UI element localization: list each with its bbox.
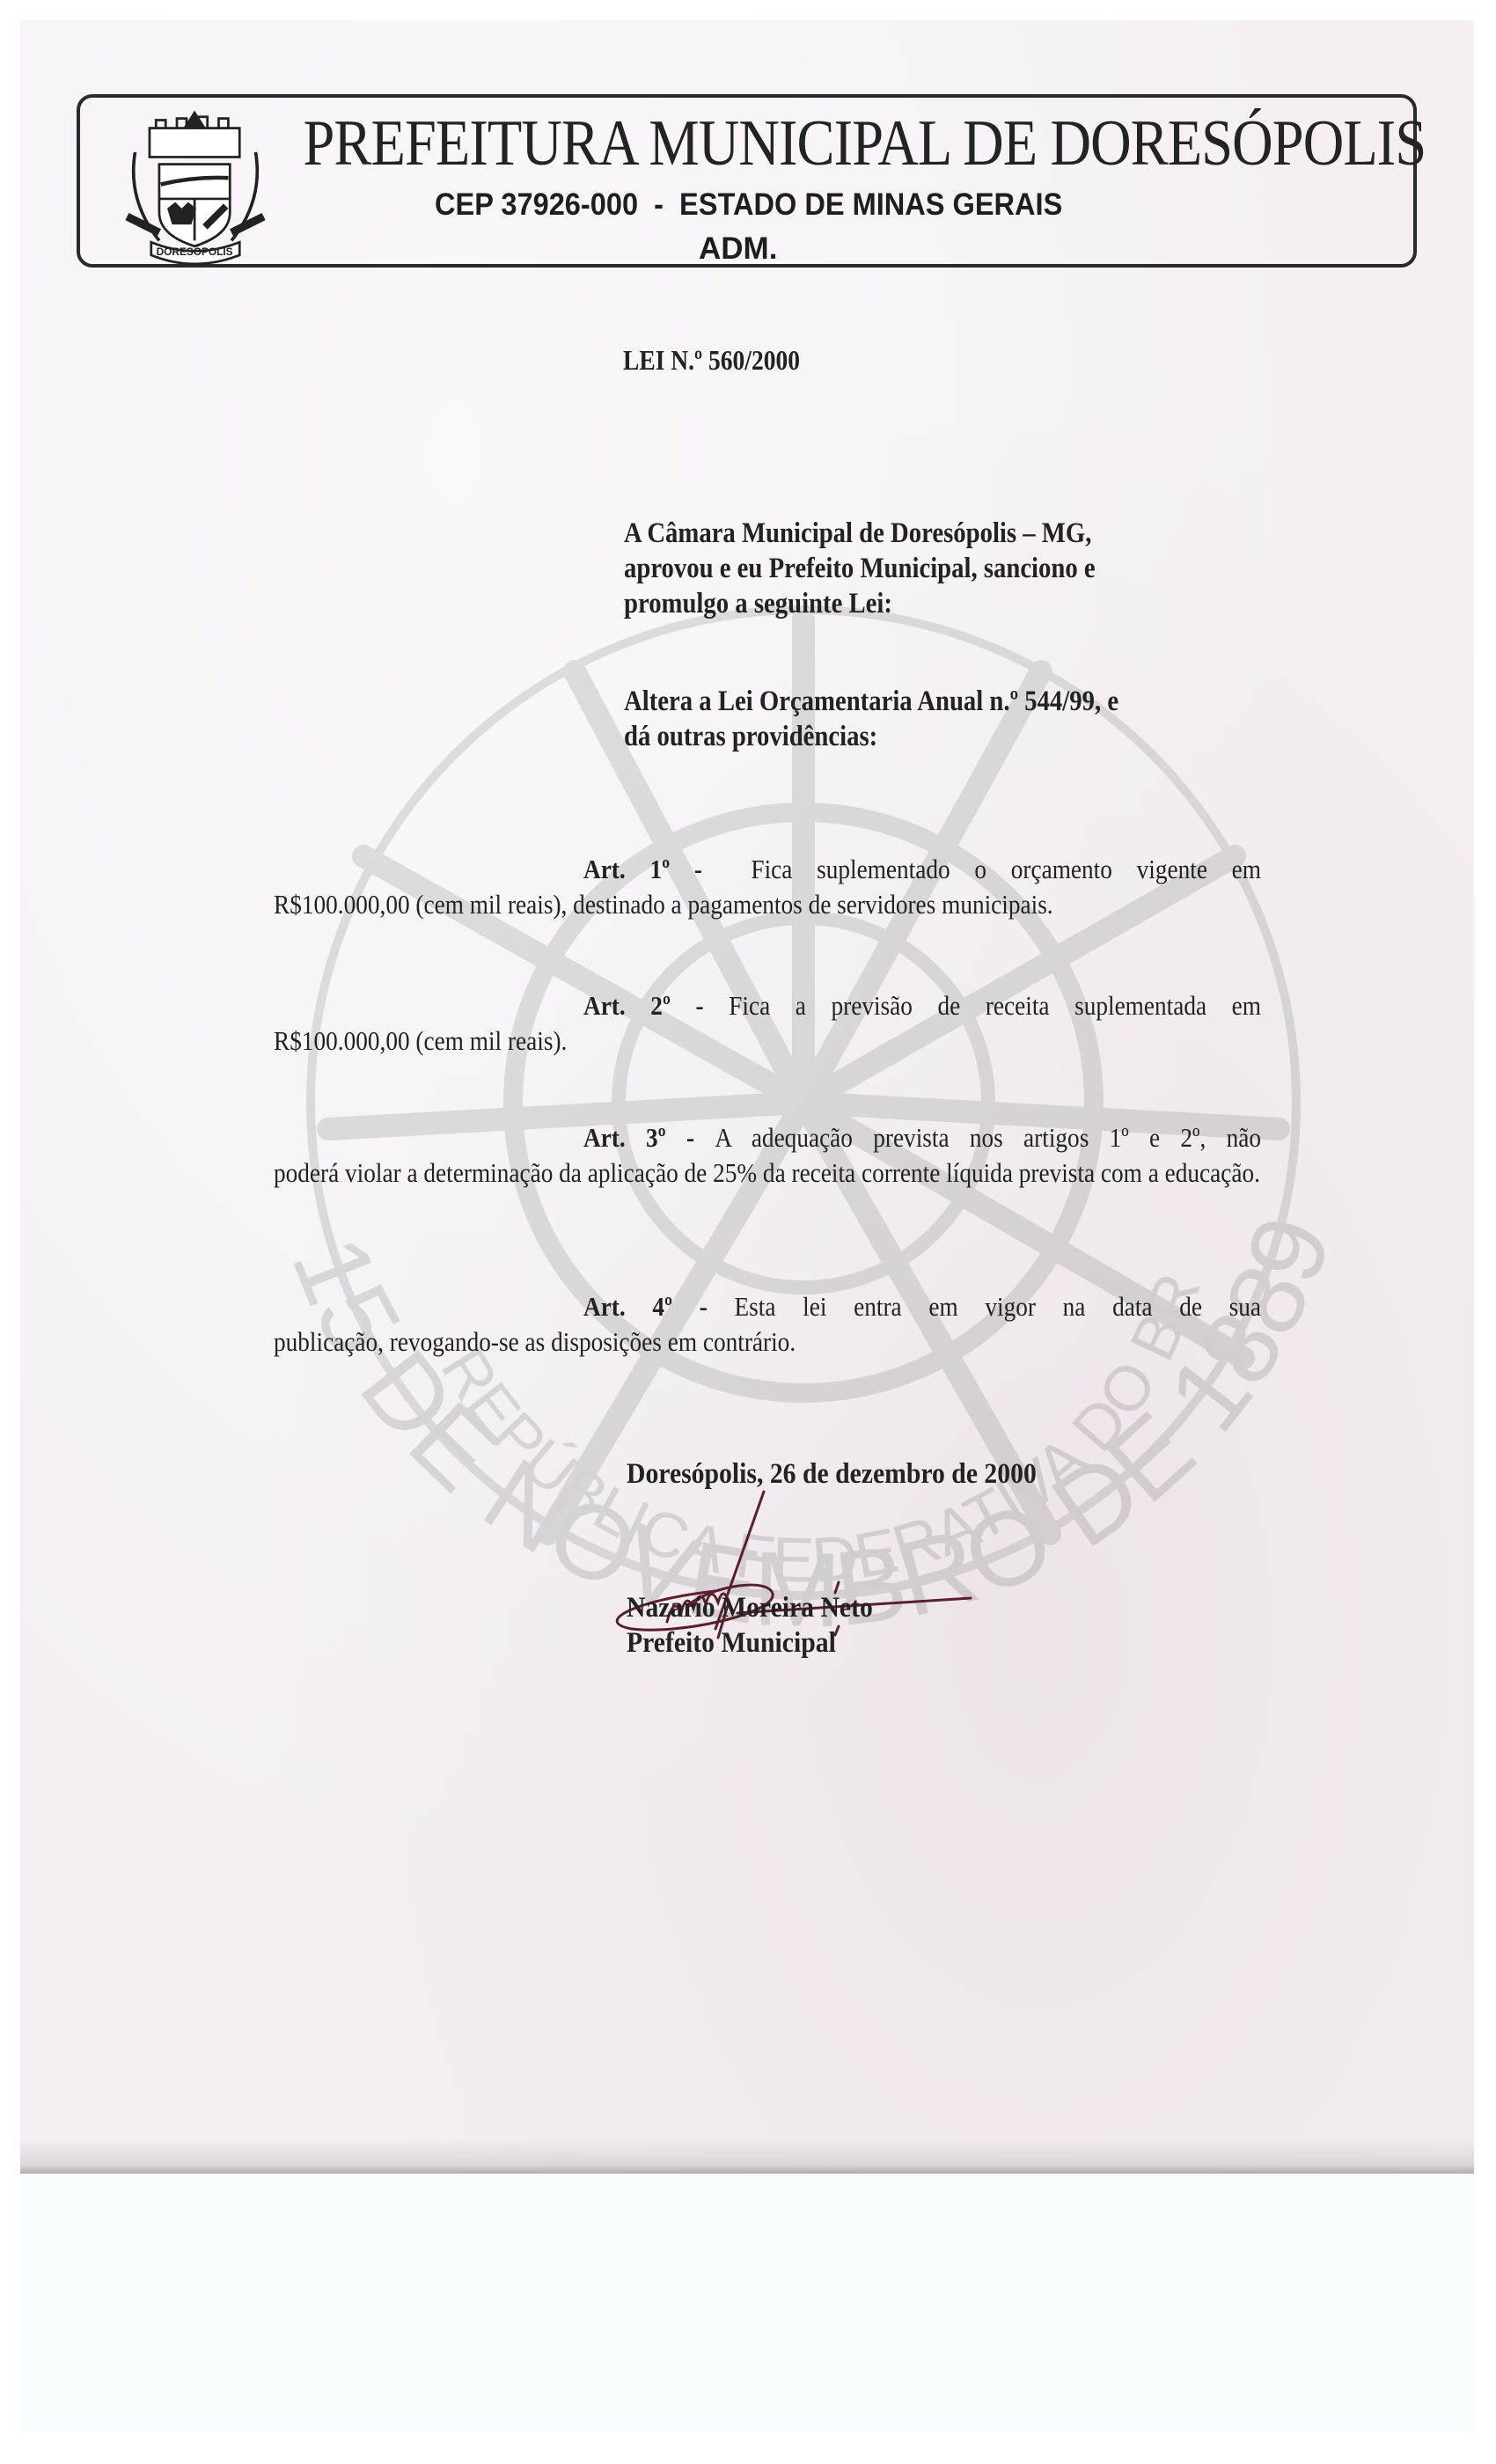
article-1: Art. 1º - Fica suplementado o orçamento … (274, 852, 1261, 922)
article-2: Art. 2º - Fica a previsão de receita sup… (274, 988, 1261, 1059)
ementa-line: Altera a Lei Orçamentaria Anual n.º 544/… (624, 684, 1118, 719)
signer-name: Nazario Moreira Neto (627, 1592, 873, 1624)
article-text: publicação, revogando-se as disposições … (274, 1326, 796, 1357)
preamble-line: A Câmara Municipal de Doresópolis – MG, (624, 516, 1096, 551)
document-page: REPÚBLICA FEDERATIVA DO BRASIL 15 DE NOV… (20, 20, 1474, 2174)
preamble-line: aprovou e eu Prefeito Municipal, sancion… (624, 551, 1096, 586)
article-text: R$100.000,00 (cem mil reais), destinado … (274, 889, 1053, 920)
department-label: ADM. (699, 231, 777, 267)
letterhead: DORESÓPOLIS PREFEITURA MUNICIPAL DE DORE… (77, 94, 1417, 268)
article-text: R$100.000,00 (cem mil reais). (274, 1025, 567, 1056)
torn-paper-edge (20, 2138, 1474, 2174)
ementa: Altera a Lei Orçamentaria Anual n.º 544/… (624, 684, 1118, 754)
article-3: Art. 3º - A adequação prevista nos artig… (274, 1120, 1261, 1191)
ementa-line: dá outras providências: (624, 719, 1118, 754)
article-text: Esta lei entra em vigor na data de sua (735, 1291, 1261, 1322)
municipality-title: PREFEITURA MUNICIPAL DE DORESÓPOLIS (112, 106, 1244, 181)
preamble-line: promulgo a seguinte Lei: (624, 586, 1096, 621)
article-text: Fica suplementado o orçamento vigente em (751, 854, 1261, 884)
article-text: poderá violar a determinação da aplicaçã… (274, 1157, 1260, 1188)
article-text: Fica a previsão de receita suplementada … (729, 990, 1261, 1021)
postal-state-line: CEP 37926-000 - ESTADO DE MINAS GERAIS (435, 187, 1062, 223)
law-number: LEI N.º 560/2000 (623, 344, 800, 377)
signer-role: Prefeito Municipal (627, 1627, 836, 1660)
article-text: A adequação prevista nos artigos 1º e 2º… (715, 1122, 1261, 1153)
article-4: Art. 4º - Esta lei entra em vigor na dat… (274, 1289, 1261, 1360)
article-label: Art. 1º - (583, 854, 702, 884)
article-label: Art. 3º - (583, 1122, 694, 1153)
article-label: Art. 4º - (583, 1291, 708, 1322)
crest-ribbon-text: DORESÓPOLIS (157, 245, 233, 258)
preamble: A Câmara Municipal de Doresópolis – MG, … (624, 516, 1096, 621)
article-label: Art. 2º - (583, 990, 704, 1021)
